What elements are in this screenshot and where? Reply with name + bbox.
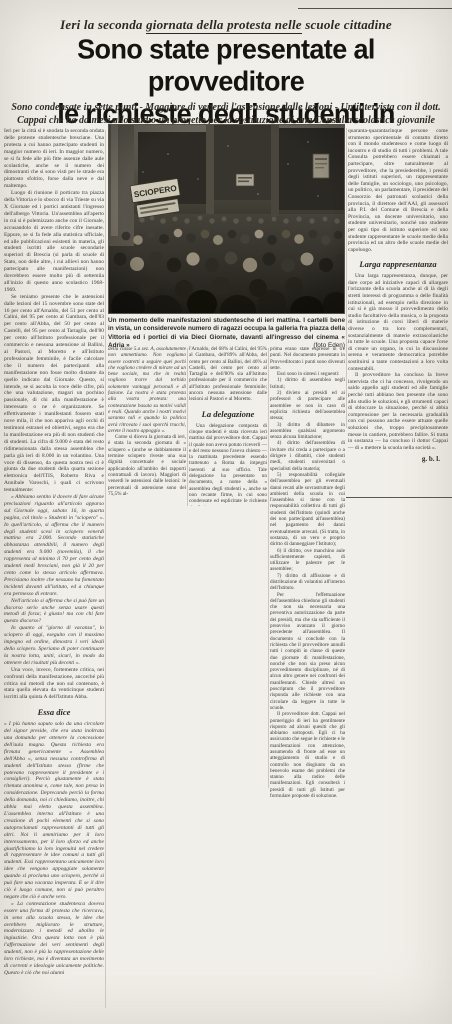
- column-rule: [105, 130, 106, 1008]
- newspaper-page: Ieri la seconda giornata della protesta …: [0, 0, 452, 1024]
- paragraph: « I più hanno saputo solo da una circola…: [4, 721, 104, 901]
- article-column-2: della classe 5.a sez. A, assolutamente n…: [108, 346, 186, 512]
- kicker-pre: Ieri la seconda: [60, 17, 146, 32]
- section-heading-larga-rappresentanza: Larga rappresentanza: [348, 259, 448, 269]
- list-item-5: 5) responsabilità collegiale dell'assemb…: [270, 472, 345, 548]
- paragraph: Il provveditore dott. Cappai nel pomerig…: [270, 711, 345, 798]
- list-item-1: 1) diritto di assemblea negli Istituti;: [270, 377, 345, 390]
- author-initials: g. b. l.: [348, 454, 448, 464]
- section-heading-essa-dice: Essa dice: [4, 707, 104, 717]
- paragraph: Una voce, invece, fortemente critica, ne…: [4, 667, 104, 702]
- article-column-1: Ieri per la città si è snodata la second…: [4, 128, 104, 1010]
- section-heading-la-delegazione: La delegazione: [189, 409, 267, 419]
- paragraph: della classe 5.a sez. A, assolutamente n…: [108, 346, 186, 434]
- kicker-headline: Ieri la seconda giornata della protesta …: [0, 17, 452, 33]
- article-column-4: prima erano state espresse in tre punti.…: [270, 346, 345, 798]
- paragraph: prima erano state espresse in tre punti.…: [270, 346, 345, 371]
- paragraph: Una delegazione composta di cinque stude…: [189, 423, 267, 506]
- paragraph: Nell'articolo si afferma che si può fare…: [4, 598, 104, 626]
- paragraph: Per l'effettuazione dell'assemblea chied…: [270, 592, 345, 712]
- article-end-rule: [346, 497, 452, 498]
- list-item-7: 7) diritto di affissione e di distribuzi…: [270, 573, 345, 592]
- list-item-4: 4) diritto dell'assemblea di invitare ch…: [270, 440, 345, 471]
- subhead-line-1: Sono condensate in sette punti - Maggior…: [6, 101, 446, 114]
- kicker-post: scuole cittadine: [302, 17, 392, 32]
- paragraph: Il provveditore ha concluso la breve int…: [348, 372, 448, 451]
- top-rule: [298, 8, 452, 9]
- list-item-6: 6) il diritto, ove manchino aule suffici…: [270, 548, 345, 573]
- paragraph: Luogo di riunione il porticato tra piazz…: [4, 190, 104, 294]
- paragraph: « Abbiamo sentito il dovere di fare alcu…: [4, 494, 104, 598]
- article-column-3: l'Arnaldo, del 68% al Calini, del 95% al…: [189, 346, 267, 506]
- paragraph: quaranta-quarantacinque persone come str…: [348, 128, 448, 253]
- paragraph: Una larga rappresentanza, dunque, per da…: [348, 273, 448, 372]
- paragraph: l'Arnaldo, del 68% al Calini, del 95% al…: [189, 346, 267, 403]
- headline-line-1: Sono state presentate al provveditore: [0, 34, 452, 98]
- column-rule: [346, 128, 347, 428]
- paragraph: In quanto al "giorno di vacanza", lo sci…: [4, 625, 104, 666]
- paragraph: Ieri per la città si è snodata la second…: [4, 128, 104, 190]
- demonstration-photo: SCIOPERO: [108, 124, 345, 314]
- paragraph: Se teniamo presente che le astensioni da…: [4, 294, 104, 494]
- kicker-underlined: giornata della protesta nelle: [146, 17, 302, 34]
- paragraph: Come si diceva la giornata di ieri, è st…: [108, 434, 186, 497]
- paragraph: « La contestazione studentesca doveva es…: [4, 901, 104, 977]
- article-column-5: quaranta-quarantacinque persone come str…: [348, 128, 448, 486]
- list-item-3: 3) diritto di dibattere in assemblea qua…: [270, 422, 345, 441]
- column-rule: [187, 348, 188, 506]
- column-rule: [268, 348, 269, 788]
- list-item-2: 2) divieto ai presidi ed ai professori d…: [270, 390, 345, 421]
